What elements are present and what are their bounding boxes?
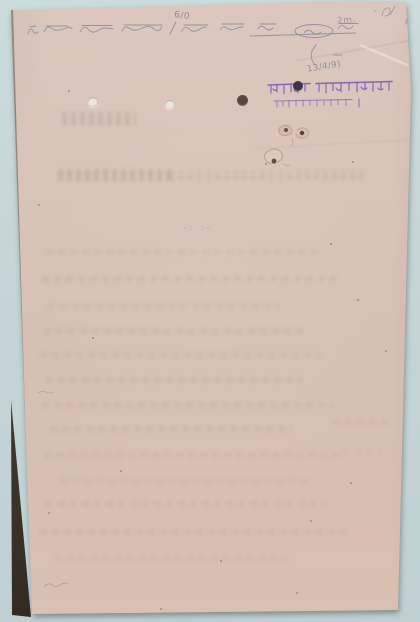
- paper-speckle: [92, 337, 94, 339]
- corner-note: श्री: [372, 2, 412, 26]
- paper-wrapper: श्री घेवालन आगम - धनिमधेली / चका सं रायो…: [0, 0, 420, 622]
- paper-speckle: [220, 560, 222, 562]
- center-mark: -: :-: [168, 223, 228, 232]
- stamp-strokes: [258, 74, 408, 114]
- fold-crease: [360, 44, 408, 66]
- faded-text-line: [42, 402, 334, 408]
- punch-hole: [293, 81, 303, 91]
- faded-text-line: [40, 529, 352, 535]
- paper-speckle: [350, 482, 352, 484]
- faded-text-line: [333, 419, 391, 425]
- faded-text-line: [44, 452, 342, 458]
- fraction-note: 6/0: [173, 10, 190, 22]
- punch-hole: [88, 97, 98, 107]
- faded-text-line: [44, 328, 306, 334]
- bleedthrough-band: [62, 112, 136, 126]
- paper-speckle: [357, 299, 359, 301]
- paper-speckle: [38, 204, 40, 206]
- bottom-left-scribble: [42, 579, 76, 591]
- photo-scene: श्री घेवालन आगम - धनिमधेली / चका सं रायो…: [0, 0, 420, 622]
- punch-hole: [165, 100, 175, 110]
- paper-speckle: [48, 512, 50, 514]
- faded-text-line: [48, 303, 280, 309]
- faded-text-line: [60, 478, 310, 484]
- faded-text-line: [50, 426, 292, 432]
- bleedthrough-band: [58, 169, 173, 181]
- paper-speckle: [352, 161, 354, 163]
- faded-text-line: [55, 555, 287, 561]
- faded-text-line: [46, 501, 328, 507]
- paper-speckle: [330, 243, 332, 245]
- paper-speckle: [120, 470, 122, 472]
- faded-text-line: [42, 276, 340, 282]
- paper-speckle: [385, 350, 387, 352]
- handwritten-header-note: श्री घेवालन आगम - धनिमधेली / चका सं रायो…: [22, 16, 362, 44]
- corner-squiggle-strokes: [372, 2, 412, 26]
- faded-text-line: [342, 449, 382, 455]
- handwriting-strokes: [22, 16, 362, 44]
- amount-note: 2m.: [337, 15, 357, 26]
- faded-text-line: [46, 377, 302, 383]
- bleedthrough-band: [170, 170, 368, 181]
- faded-text-line: [40, 352, 322, 358]
- paper-speckle: [160, 608, 162, 610]
- office-stamp: राजश्री कोषाध्यक्ष योजनगार सरकारी ।: [258, 74, 408, 114]
- paper-speckle: [68, 90, 70, 92]
- paper-speckle: [310, 520, 312, 522]
- margin-dash: [36, 386, 56, 398]
- punch-hole: [237, 95, 248, 106]
- document-page: श्री घेवालन आगम - धनिमधेली / चका सं रायो…: [0, 0, 420, 622]
- paper-speckle: [296, 592, 298, 594]
- paper-speckle: [265, 163, 267, 165]
- faded-text-line: [46, 249, 318, 255]
